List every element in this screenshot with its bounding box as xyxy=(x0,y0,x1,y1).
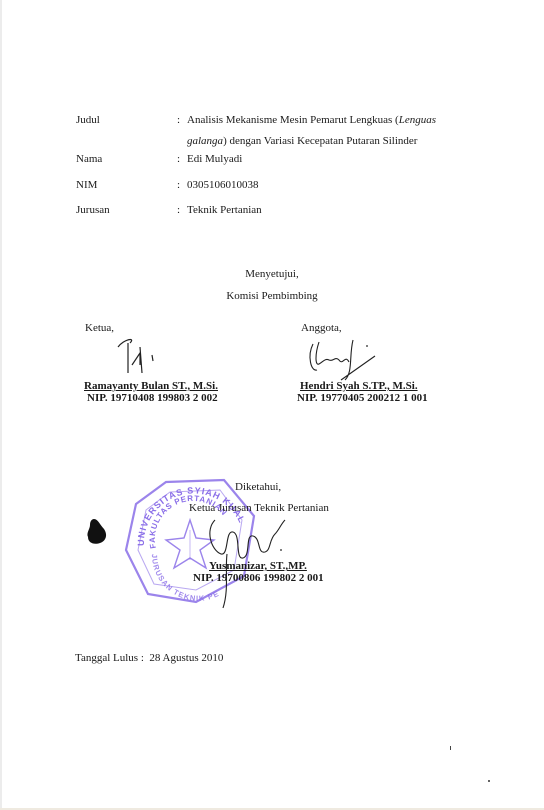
kajur-heading: Diketahui, xyxy=(235,481,281,494)
field-colon: : xyxy=(177,204,180,217)
field-value: Edi Mulyadi xyxy=(187,153,242,166)
field-label: Jurusan xyxy=(76,204,110,217)
field-value-line1: Analisis Mekanisme Mesin Pemarut Lengkua… xyxy=(187,114,436,127)
approval-subheading: Komisi Pembimbing xyxy=(190,290,354,303)
field-label: Nama xyxy=(76,153,102,166)
speck xyxy=(488,780,490,782)
kajur-nip: NIP. 19700806 199802 2 001 xyxy=(193,572,324,585)
field-value-line2: galanga) dengan Variasi Kecepatan Putara… xyxy=(187,135,417,148)
field-colon: : xyxy=(177,153,180,166)
field-label: Judul xyxy=(76,114,100,127)
approval-heading: Menyetujui, xyxy=(190,268,354,281)
anggota-signature xyxy=(305,336,385,386)
graduation-label: Tanggal Lulus : xyxy=(75,652,144,664)
ketua-signature xyxy=(110,335,160,375)
graduation-date: Tanggal Lulus : 28 Agustus 2010 xyxy=(75,652,223,665)
field-label: NIM xyxy=(76,179,97,192)
speck xyxy=(450,746,451,750)
field-value: Teknik Pertanian xyxy=(187,204,262,217)
ketua-nip: NIP. 19710408 199803 2 002 xyxy=(87,392,218,405)
field-colon: : xyxy=(177,179,180,192)
ketua-role: Ketua, xyxy=(85,322,114,335)
page-edge xyxy=(0,0,2,810)
anggota-role: Anggota, xyxy=(301,322,342,335)
anggota-nip: NIP. 19770405 200212 1 001 xyxy=(297,392,428,405)
graduation-value: 28 Agustus 2010 xyxy=(149,652,223,664)
field-value: 0305106010038 xyxy=(187,179,259,192)
ink-blot xyxy=(84,517,108,547)
field-colon: : xyxy=(177,114,180,127)
